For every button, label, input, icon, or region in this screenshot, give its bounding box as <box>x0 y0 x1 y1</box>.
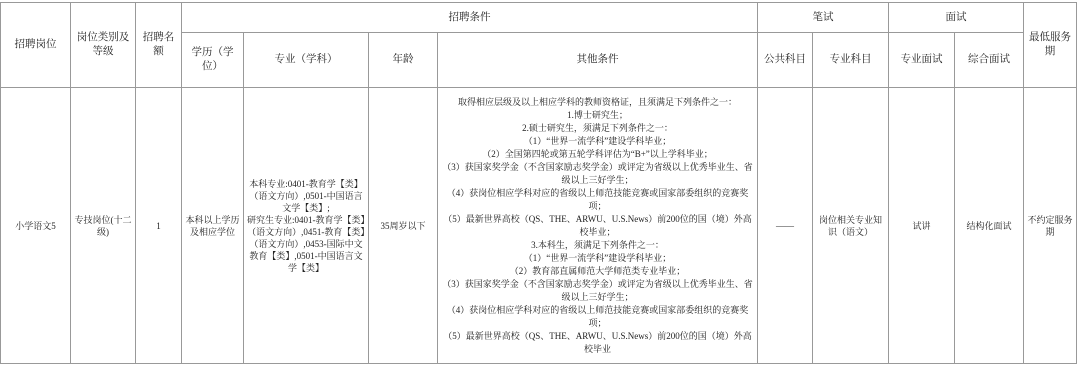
cell-professional-interview: 试讲 <box>889 88 955 364</box>
cell-education: 本科以上学历及相应学位 <box>182 88 244 364</box>
column-header-public-subject: 公共科目 <box>758 33 813 88</box>
group-header-written-exam: 笔试 <box>758 3 889 33</box>
header-group-row: 招聘岗位 岗位类别及等级 招聘名额 招聘条件 笔试 面试 最低服务期 <box>1 3 1077 33</box>
cell-professional-subject: 岗位相关专业知识（语文） <box>813 88 889 364</box>
other-conditions-text: 取得相应层级及以上相应学科的教师资格证，且须满足下列条件之一： 1.博士研究生；… <box>440 96 755 356</box>
group-header-interview: 面试 <box>889 3 1024 33</box>
column-header-professional-interview: 专业面试 <box>889 33 955 88</box>
column-header-age: 年龄 <box>369 33 438 88</box>
column-header-other-conditions: 其他条件 <box>438 33 758 88</box>
column-header-quota: 招聘名额 <box>136 3 182 88</box>
column-header-comprehensive-interview: 综合面试 <box>955 33 1024 88</box>
column-header-position: 招聘岗位 <box>1 3 71 88</box>
cell-comprehensive-interview: 结构化面试 <box>955 88 1024 364</box>
column-header-education: 学历（学位） <box>182 33 244 88</box>
cell-min-service: 不约定服务期 <box>1024 88 1077 364</box>
cell-category: 专技岗位(十二级) <box>71 88 136 364</box>
cell-position: 小学语文5 <box>1 88 71 364</box>
cell-major: 本科专业:0401-教育学【类】（语文方向）,0501-中国语言文学【类】; 研… <box>244 88 369 364</box>
cell-public-subject: —— <box>758 88 813 364</box>
cell-quota: 1 <box>136 88 182 364</box>
column-header-category: 岗位类别及等级 <box>71 3 136 88</box>
cell-other-conditions: 取得相应层级及以上相应学科的教师资格证，且须满足下列条件之一： 1.博士研究生；… <box>438 88 758 364</box>
cell-age: 35周岁以下 <box>369 88 438 364</box>
column-header-min-service: 最低服务期 <box>1024 3 1077 88</box>
column-header-professional-subject: 专业科目 <box>813 33 889 88</box>
table-row: 小学语文5 专技岗位(十二级) 1 本科以上学历及相应学位 本科专业:0401-… <box>1 88 1077 364</box>
column-header-major: 专业（学科） <box>244 33 369 88</box>
table-header: 招聘岗位 岗位类别及等级 招聘名额 招聘条件 笔试 面试 最低服务期 学历（学位… <box>1 3 1077 88</box>
major-text: 本科专业:0401-教育学【类】（语文方向）,0501-中国语言文学【类】; 研… <box>246 178 366 274</box>
group-header-conditions: 招聘条件 <box>182 3 758 33</box>
recruitment-table: 招聘岗位 岗位类别及等级 招聘名额 招聘条件 笔试 面试 最低服务期 学历（学位… <box>0 2 1077 364</box>
